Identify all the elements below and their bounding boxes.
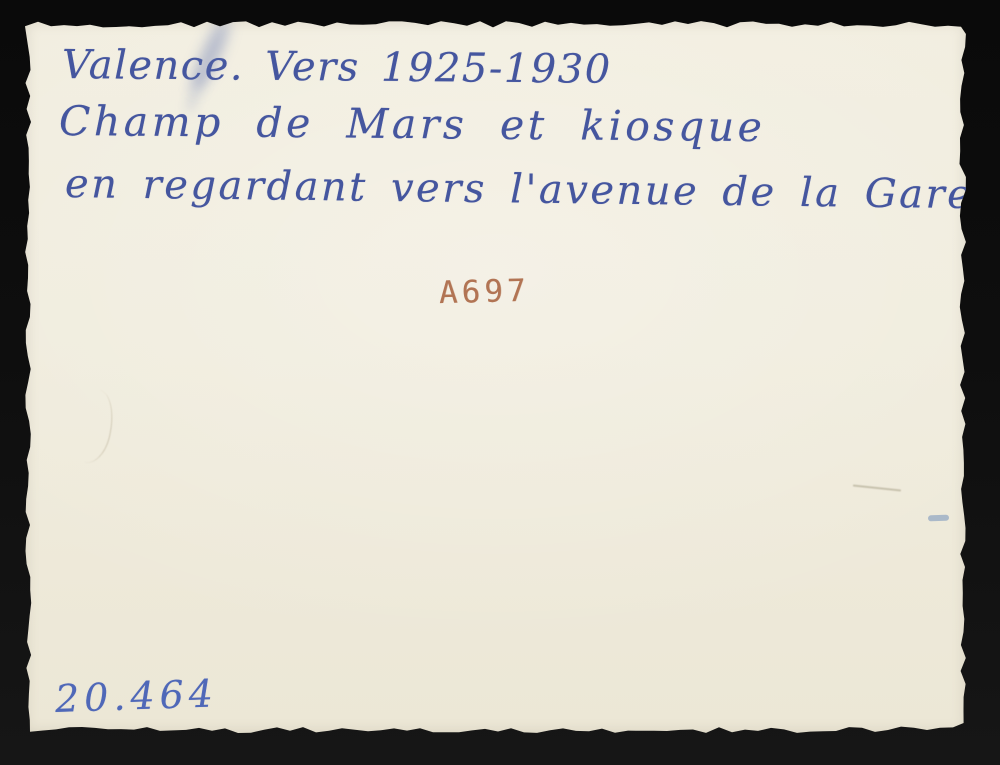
photo-back-paper: Valence. Vers 1925-1930 Champ de Mars et… xyxy=(25,21,966,733)
handwriting-line-description: en regardant vers l'avenue de la Gare xyxy=(65,161,974,218)
paper-scratch xyxy=(853,484,901,491)
scan-background: { "document": { "kind": "photo-verso-sca… xyxy=(0,0,1000,765)
paper-crease xyxy=(62,385,121,467)
handwriting-line-subject: Champ de Mars et kiosque xyxy=(59,97,766,151)
blue-pencil-mark xyxy=(928,515,949,522)
catalog-number: 20.464 xyxy=(54,671,218,721)
handwriting-line-title: Valence. Vers 1925-1930 xyxy=(62,42,612,93)
archive-number-stamp: A697 xyxy=(439,273,531,311)
